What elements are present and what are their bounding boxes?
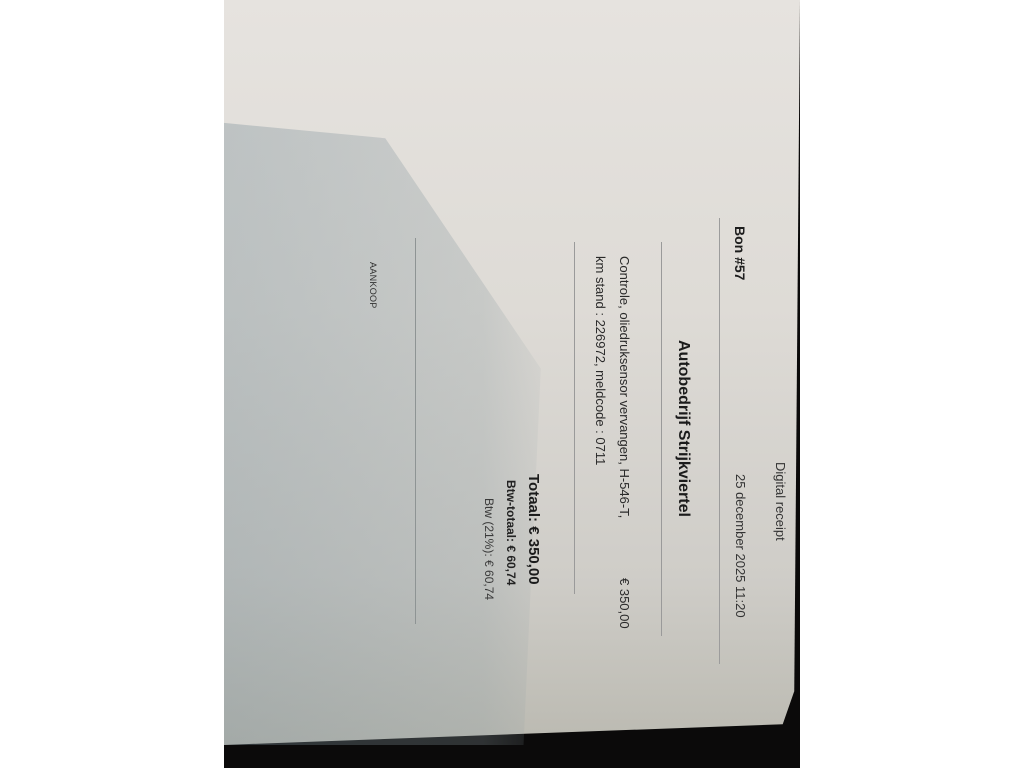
receipt-datetime: 25 december 2025 11:20 bbox=[733, 474, 748, 618]
receipt-label: Digital receipt bbox=[773, 462, 788, 541]
receipt-document: Digital receipt Bon #57 25 december 2025… bbox=[224, 0, 800, 620]
line-item-price: € 350,00 bbox=[617, 578, 632, 629]
divider bbox=[661, 242, 662, 636]
divider bbox=[719, 218, 720, 664]
vat-total: Btw-totaal: € 60,74 bbox=[504, 480, 518, 585]
divider bbox=[415, 238, 416, 624]
divider bbox=[574, 242, 575, 594]
vat-line: Btw (21%): € 60,74 bbox=[482, 498, 496, 600]
line-item-detail: km stand : 226972, meldcode : 0711 bbox=[593, 256, 608, 465]
transaction-type: AANKOOP bbox=[368, 262, 378, 309]
receipt-number: Bon #57 bbox=[732, 226, 748, 280]
total-amount: Totaal: € 350,00 bbox=[525, 474, 542, 585]
line-item-description: Controle, oliedruksensor vervangen, H-54… bbox=[617, 256, 632, 518]
merchant-name: Autobedrijf Strijkviertel bbox=[674, 340, 692, 517]
